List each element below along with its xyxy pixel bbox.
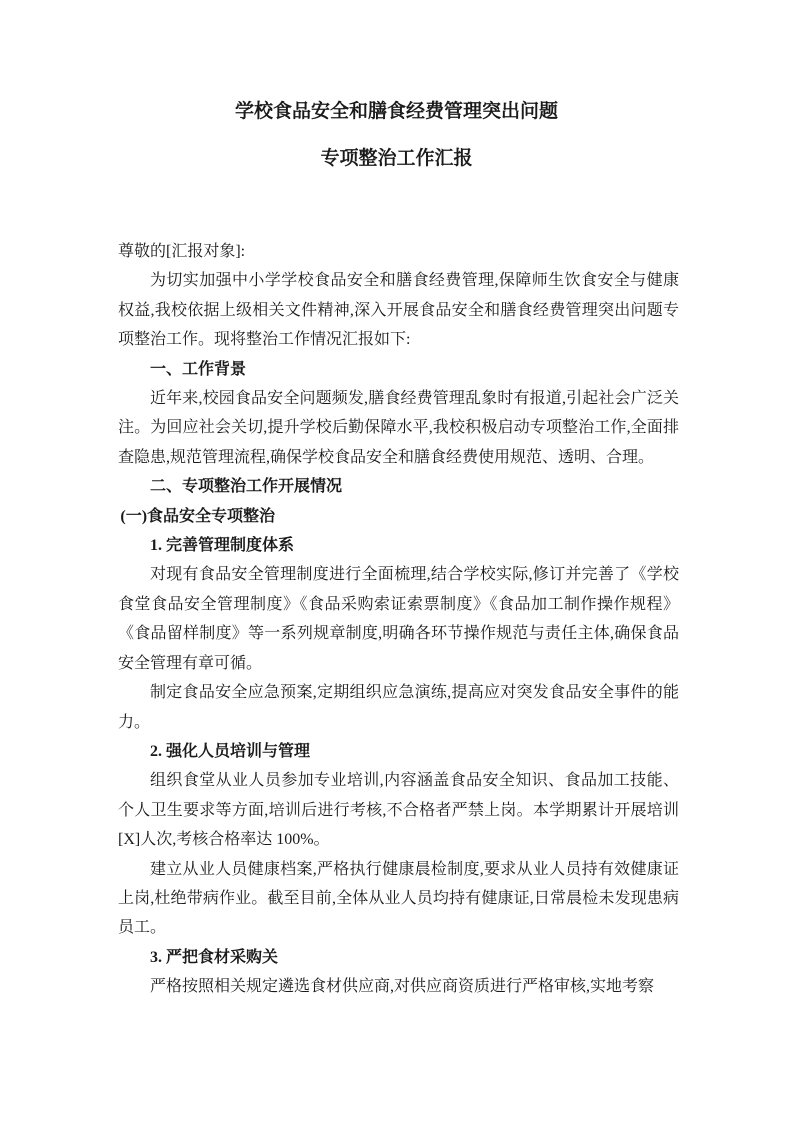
body-paragraph: 对现有食品安全管理制度进行全面梳理,结合学校实际,修订并完善了《学校食堂食品安全… [118,560,679,678]
body-paragraph: 严格按照相关规定遴选食材供应商,对供应商资质进行严格审核,实地考察 [118,972,679,1001]
section-heading: 2. 强化人员培训与管理 [118,737,679,766]
document-title: 学校食品安全和膳食经费管理突出问题 专项整治工作汇报 [0,0,793,182]
document-body: 尊敬的[汇报对象]:为切实加强中小学学校食品安全和膳食经费管理,保障师生饮食安全… [118,237,679,1002]
body-paragraph: 建立从业人员健康档案,严格执行健康晨检制度,要求从业人员持有效健康证上岗,杜绝带… [118,855,679,943]
section-heading: (一)食品安全专项整治 [118,502,679,531]
salutation: 尊敬的[汇报对象]: [118,237,679,266]
body-paragraph: 为切实加强中小学学校食品安全和膳食经费管理,保障师生饮食安全与健康权益,我校依据… [118,266,679,354]
section-heading: 一、工作背景 [118,355,679,384]
section-heading: 3. 严把食材采购关 [118,943,679,972]
document-page: 学校食品安全和膳食经费管理突出问题 专项整治工作汇报 尊敬的[汇报对象]:为切实… [0,0,793,1122]
body-paragraph: 制定食品安全应急预案,定期组织应急演练,提高应对突发食品安全事件的能力。 [118,678,679,737]
section-heading: 二、专项整治工作开展情况 [118,472,679,501]
body-paragraph: 组织食堂从业人员参加专业培训,内容涵盖食品安全知识、食品加工技能、个人卫生要求等… [118,766,679,854]
section-heading: 1. 完善管理制度体系 [118,531,679,560]
title-line-2: 专项整治工作汇报 [0,135,793,182]
body-paragraph: 近年来,校园食品安全问题频发,膳食经费管理乱象时有报道,引起社会广泛关注。为回应… [118,384,679,472]
title-line-1: 学校食品安全和膳食经费管理突出问题 [0,88,793,135]
